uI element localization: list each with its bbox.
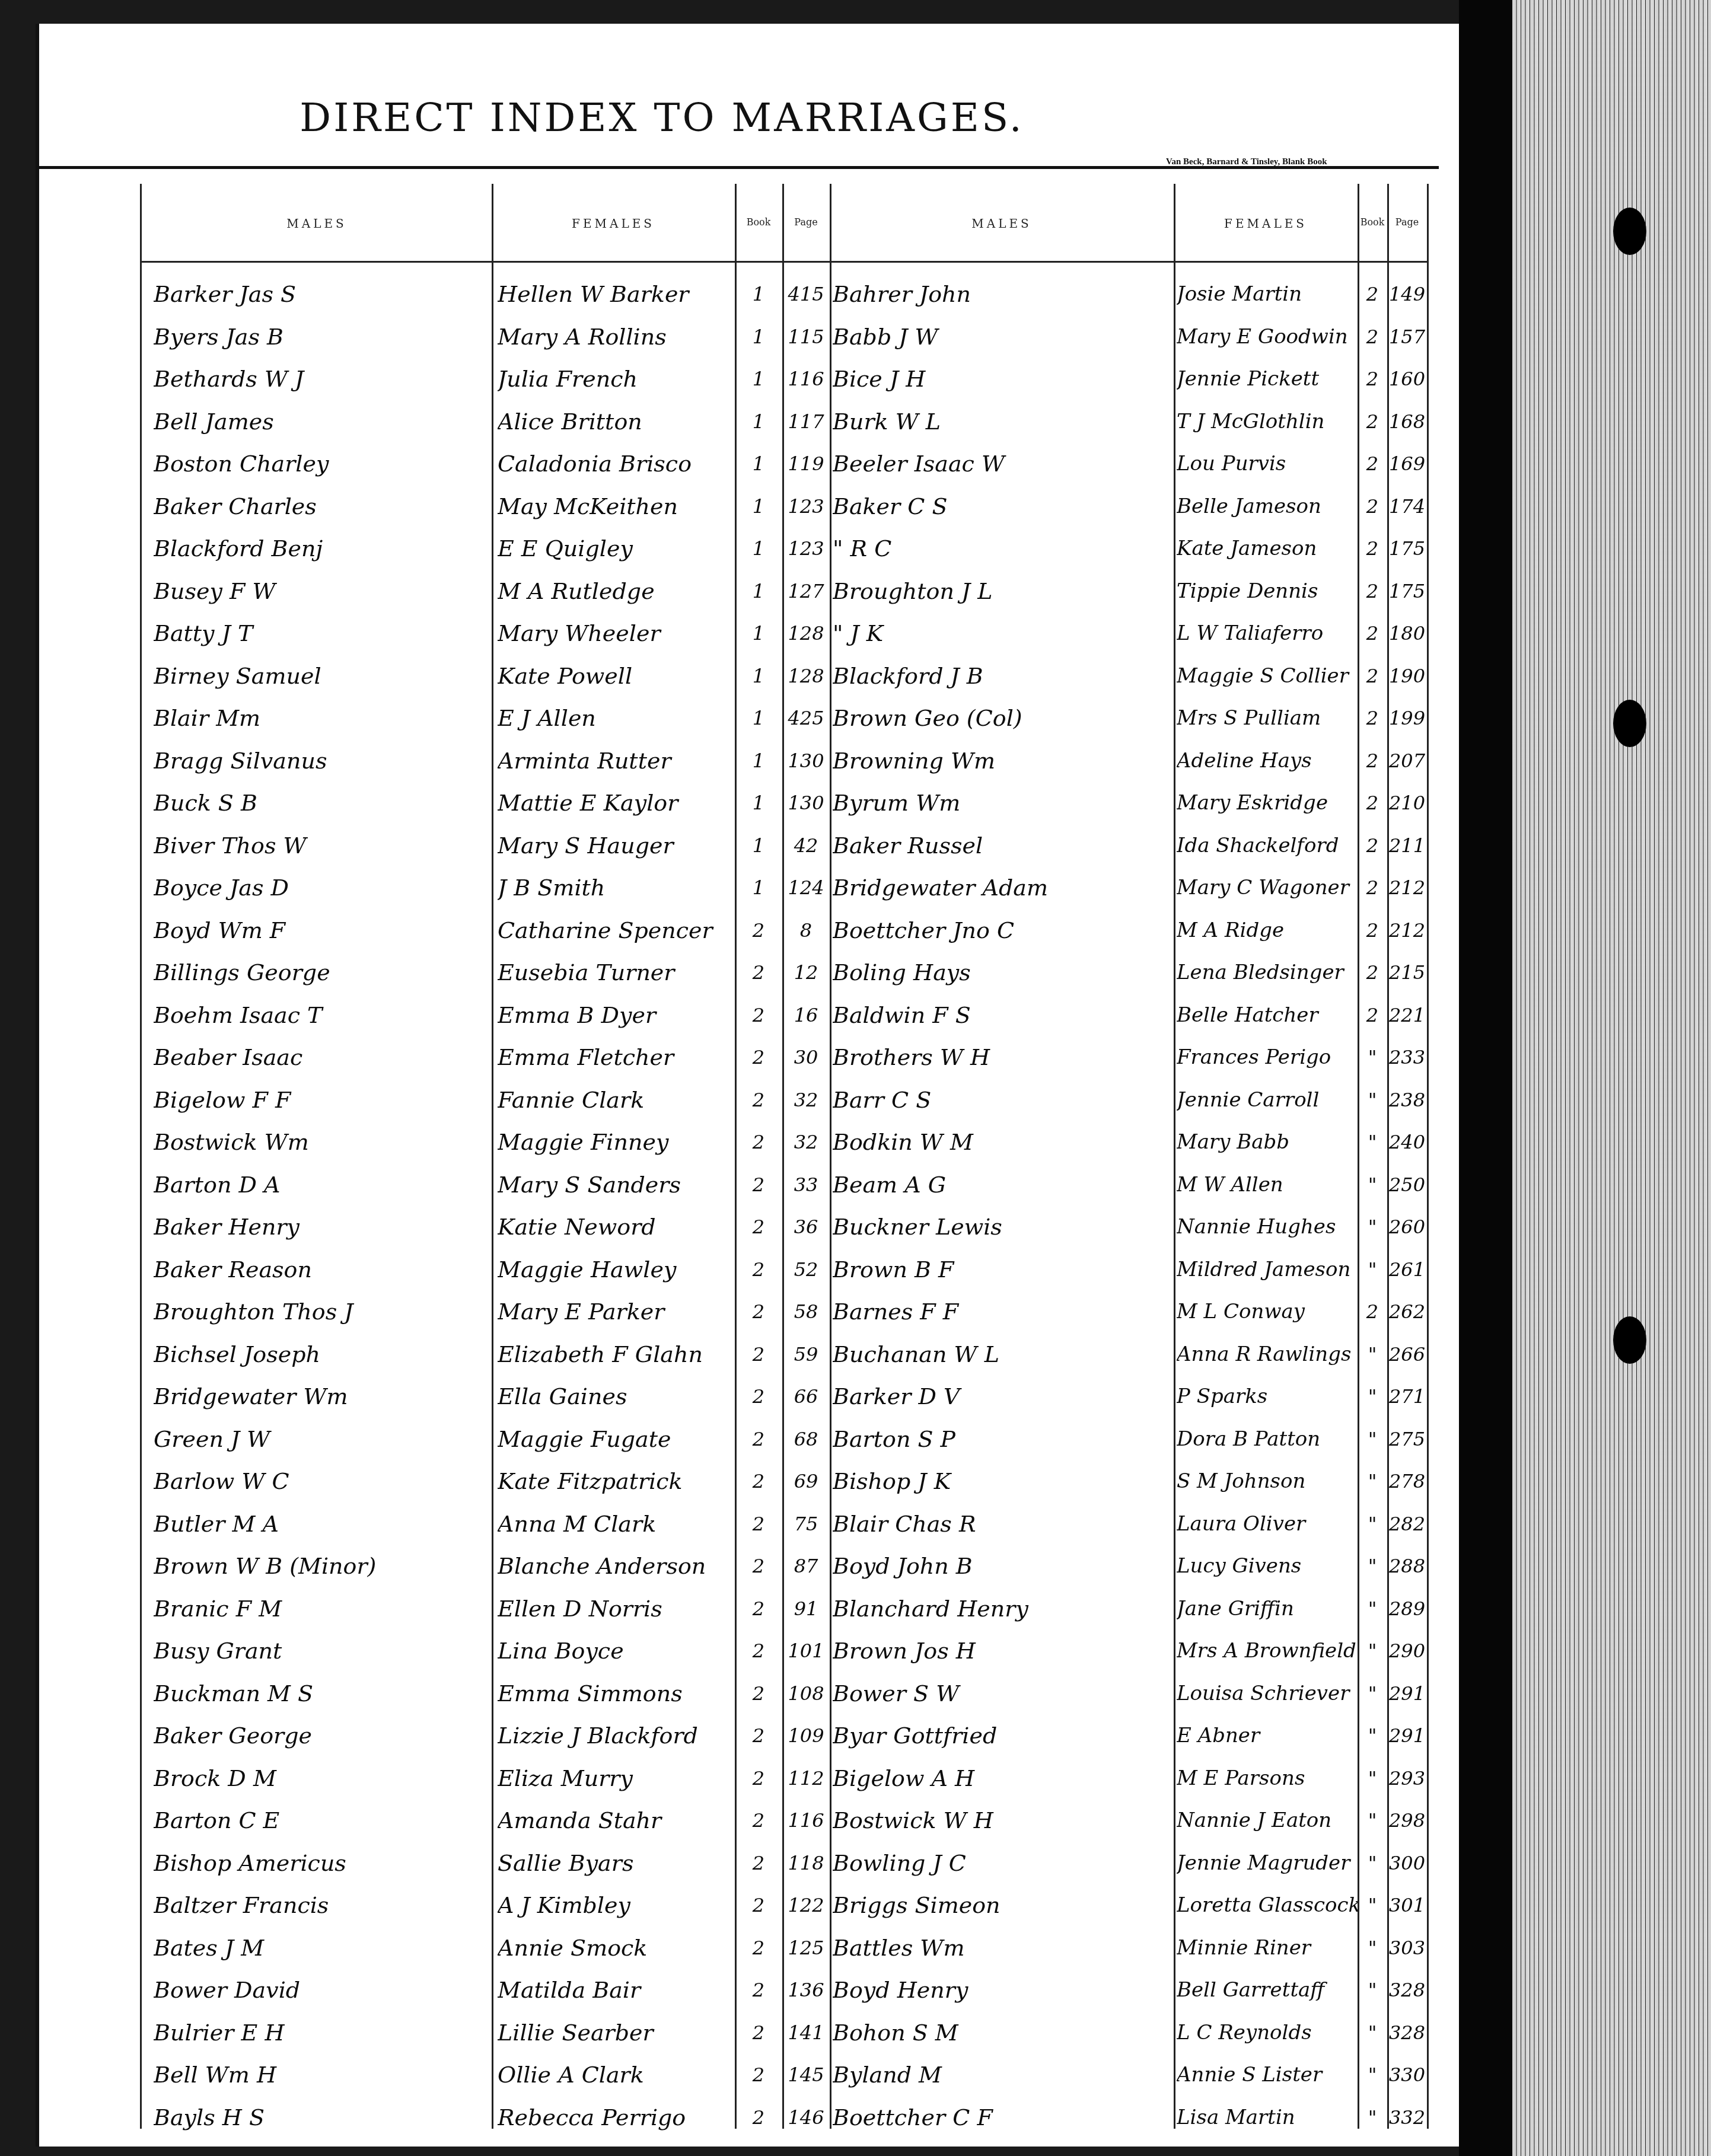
book-number-right: 2 bbox=[1358, 570, 1387, 613]
female-name-right: Mrs S Pulliam bbox=[1177, 697, 1358, 739]
book-number-left: 1 bbox=[735, 866, 782, 909]
male-name-right: Broughton J L bbox=[833, 570, 1174, 613]
male-name-left: Bethards W J bbox=[154, 358, 492, 400]
male-name-right: Briggs Simeon bbox=[833, 1884, 1174, 1927]
page-number-left: 59 bbox=[782, 1333, 830, 1376]
page-number-left: 141 bbox=[782, 2011, 830, 2054]
female-name-left: Fannie Clark bbox=[498, 1079, 732, 1121]
page-number-left: 66 bbox=[782, 1375, 830, 1418]
book-number-right: " bbox=[1358, 1927, 1387, 1969]
female-name-left: Emma Simmons bbox=[498, 1672, 732, 1715]
male-name-right: Brothers W H bbox=[833, 1036, 1174, 1079]
female-name-right: Jennie Pickett bbox=[1177, 358, 1358, 400]
female-name-left: Maggie Finney bbox=[498, 1121, 732, 1163]
book-number-right: 2 bbox=[1358, 315, 1387, 358]
book-number-left: 1 bbox=[735, 739, 782, 782]
table-row: Buckman M SEmma Simmons2108Bower S WLoui… bbox=[142, 1672, 1429, 1715]
male-name-right: Barnes F F bbox=[833, 1290, 1174, 1333]
male-name-left: Barlow W C bbox=[154, 1460, 492, 1503]
female-name-left: Kate Powell bbox=[498, 655, 732, 697]
female-name-right: Mary E Goodwin bbox=[1177, 315, 1358, 358]
male-name-left: Baker Charles bbox=[154, 485, 492, 528]
female-name-right: Belle Hatcher bbox=[1177, 994, 1358, 1036]
female-name-left: Arminta Rutter bbox=[498, 739, 732, 782]
book-number-left: 2 bbox=[735, 2053, 782, 2096]
female-name-right: Bell Garrettaff bbox=[1177, 1969, 1358, 2011]
book-number-right: " bbox=[1358, 1714, 1387, 1757]
page-number-right: 328 bbox=[1387, 2011, 1427, 2054]
page-number-left: 115 bbox=[782, 315, 830, 358]
female-name-left: Ella Gaines bbox=[498, 1375, 732, 1418]
book-number-right: " bbox=[1358, 1629, 1387, 1672]
book-number-right: " bbox=[1358, 1333, 1387, 1376]
female-name-left: Lizzie J Blackford bbox=[498, 1714, 732, 1757]
male-name-left: Batty J T bbox=[154, 612, 492, 655]
female-name-left: Matilda Bair bbox=[498, 1969, 732, 2011]
female-name-right: Anna R Rawlings bbox=[1177, 1333, 1358, 1376]
table-row: Boehm Isaac TEmma B Dyer216Baldwin F SBe… bbox=[142, 994, 1429, 1036]
book-number-left: 2 bbox=[735, 1545, 782, 1587]
book-number-right: " bbox=[1358, 1884, 1387, 1927]
book-number-left: 1 bbox=[735, 485, 782, 528]
male-name-left: Buck S B bbox=[154, 782, 492, 824]
table-row: Boyce Jas DJ B Smith1124Bridgewater Adam… bbox=[142, 866, 1429, 909]
female-name-right: Lucy Givens bbox=[1177, 1545, 1358, 1587]
male-name-right: Brown B F bbox=[833, 1248, 1174, 1291]
book-number-left: 2 bbox=[735, 951, 782, 994]
table-row: Bayls H SRebecca Perrigo2146Boettcher C … bbox=[142, 2096, 1429, 2139]
page-number-right: 303 bbox=[1387, 1927, 1427, 1969]
book-number-right: 2 bbox=[1358, 866, 1387, 909]
table-row: Barker Jas SHellen W Barker1415Bahrer Jo… bbox=[142, 273, 1429, 315]
male-name-left: Boyd Wm F bbox=[154, 909, 492, 952]
female-name-right: M W Allen bbox=[1177, 1163, 1358, 1206]
table-row: Bridgewater WmElla Gaines266Barker D VP … bbox=[142, 1375, 1429, 1418]
page-number-left: 122 bbox=[782, 1884, 830, 1927]
page-number-left: 146 bbox=[782, 2096, 830, 2139]
book-binding-edge bbox=[1459, 0, 1512, 2156]
page-number-right: 330 bbox=[1387, 2053, 1427, 2096]
header-males-right: MALES bbox=[830, 216, 1174, 231]
female-name-left: Julia French bbox=[498, 358, 732, 400]
male-name-left: Busy Grant bbox=[154, 1629, 492, 1672]
page-number-left: 33 bbox=[782, 1163, 830, 1206]
book-number-right: " bbox=[1358, 1672, 1387, 1715]
book-number-left: 1 bbox=[735, 273, 782, 315]
table-row: Baker CharlesMay McKeithen1123Baker C SB… bbox=[142, 485, 1429, 528]
book-number-left: 2 bbox=[735, 1927, 782, 1969]
table-row: Bragg SilvanusArminta Rutter1130Browning… bbox=[142, 739, 1429, 782]
page-number-right: 291 bbox=[1387, 1714, 1427, 1757]
female-name-left: Kate Fitzpatrick bbox=[498, 1460, 732, 1503]
male-name-left: Bulrier E H bbox=[154, 2011, 492, 2054]
book-number-right: 2 bbox=[1358, 782, 1387, 824]
male-name-right: Barker D V bbox=[833, 1375, 1174, 1418]
page-number-left: 16 bbox=[782, 994, 830, 1036]
book-number-left: 2 bbox=[735, 1884, 782, 1927]
ledger-page: DIRECT INDEX TO MARRIAGES. Van Beck, Bar… bbox=[36, 24, 1463, 2147]
book-number-left: 1 bbox=[735, 358, 782, 400]
female-name-right: Jane Griffin bbox=[1177, 1587, 1358, 1630]
male-name-left: Green J W bbox=[154, 1418, 492, 1460]
male-name-left: Busey F W bbox=[154, 570, 492, 613]
female-name-right: Nannie Hughes bbox=[1177, 1205, 1358, 1248]
page-number-right: 174 bbox=[1387, 485, 1427, 528]
male-name-right: Bostwick W H bbox=[833, 1799, 1174, 1842]
book-number-right: " bbox=[1358, 1163, 1387, 1206]
table-row: Byers Jas BMary A Rollins1115Babb J WMar… bbox=[142, 315, 1429, 358]
book-number-left: 2 bbox=[735, 909, 782, 952]
header-males-left: MALES bbox=[142, 216, 492, 231]
female-name-left: Ollie A Clark bbox=[498, 2053, 732, 2096]
male-name-left: Bostwick Wm bbox=[154, 1121, 492, 1163]
female-name-right: Maggie S Collier bbox=[1177, 655, 1358, 697]
book-number-right: 2 bbox=[1358, 400, 1387, 443]
table-row: Batty J TMary Wheeler1128" J KL W Taliaf… bbox=[142, 612, 1429, 655]
male-name-left: Bell Wm H bbox=[154, 2053, 492, 2096]
page-number-right: 168 bbox=[1387, 400, 1427, 443]
book-number-right: 2 bbox=[1358, 442, 1387, 485]
female-name-right: L W Taliaferro bbox=[1177, 612, 1358, 655]
page-number-right: 289 bbox=[1387, 1587, 1427, 1630]
male-name-left: Bishop Americus bbox=[154, 1842, 492, 1884]
page-number-left: 136 bbox=[782, 1969, 830, 2011]
table-row: Busey F WM A Rutledge1127Broughton J LTi… bbox=[142, 570, 1429, 613]
male-name-left: Bichsel Joseph bbox=[154, 1333, 492, 1376]
female-name-left: J B Smith bbox=[498, 866, 732, 909]
male-name-right: Bigelow A H bbox=[833, 1757, 1174, 1800]
book-number-left: 2 bbox=[735, 1460, 782, 1503]
page-number-right: 260 bbox=[1387, 1205, 1427, 1248]
male-name-left: Boehm Isaac T bbox=[154, 994, 492, 1036]
page-number-left: 109 bbox=[782, 1714, 830, 1757]
table-row: Blackford BenjE E Quigley1123" R CKate J… bbox=[142, 527, 1429, 570]
female-name-right: T J McGlothlin bbox=[1177, 400, 1358, 443]
male-name-right: Boyd Henry bbox=[833, 1969, 1174, 2011]
book-number-right: 2 bbox=[1358, 358, 1387, 400]
female-name-right: Nannie J Eaton bbox=[1177, 1799, 1358, 1842]
page-number-left: 112 bbox=[782, 1757, 830, 1800]
table-row: Beaber IsaacEmma Fletcher230Brothers W H… bbox=[142, 1036, 1429, 1079]
book-number-right: " bbox=[1358, 1460, 1387, 1503]
book-number-right: " bbox=[1358, 1248, 1387, 1291]
male-name-right: Blair Chas R bbox=[833, 1503, 1174, 1545]
female-name-right: Ida Shackelford bbox=[1177, 824, 1358, 867]
page-number-right: 199 bbox=[1387, 697, 1427, 739]
book-number-right: " bbox=[1358, 2053, 1387, 2096]
page-number-right: 301 bbox=[1387, 1884, 1427, 1927]
table-row: Bostwick WmMaggie Finney232Bodkin W MMar… bbox=[142, 1121, 1429, 1163]
page-number-left: 30 bbox=[782, 1036, 830, 1079]
table-row: Blair MmE J Allen1425Brown Geo (Col)Mrs … bbox=[142, 697, 1429, 739]
page-number-right: 275 bbox=[1387, 1418, 1427, 1460]
female-name-left: Elizabeth F Glahn bbox=[498, 1333, 732, 1376]
book-number-right: " bbox=[1358, 1969, 1387, 2011]
book-number-right: " bbox=[1358, 1545, 1387, 1587]
page-number-left: 108 bbox=[782, 1672, 830, 1715]
page-number-left: 36 bbox=[782, 1205, 830, 1248]
book-number-right: " bbox=[1358, 1079, 1387, 1121]
female-name-right: Jennie Carroll bbox=[1177, 1079, 1358, 1121]
female-name-left: Rebecca Perrigo bbox=[498, 2096, 732, 2139]
page-number-right: 278 bbox=[1387, 1460, 1427, 1503]
male-name-left: Bower David bbox=[154, 1969, 492, 2011]
book-number-left: 2 bbox=[735, 1248, 782, 1291]
book-number-left: 1 bbox=[735, 527, 782, 570]
table-row: Bichsel JosephElizabeth F Glahn259Buchan… bbox=[142, 1333, 1429, 1376]
marriage-index-table: MALES FEMALES Book Page MALES FEMALES Bo… bbox=[140, 184, 1429, 2129]
header-rule bbox=[39, 166, 1439, 169]
book-number-left: 1 bbox=[735, 612, 782, 655]
book-number-left: 2 bbox=[735, 1969, 782, 2011]
table-row: Green J WMaggie Fugate268Barton S PDora … bbox=[142, 1418, 1429, 1460]
page-number-left: 125 bbox=[782, 1927, 830, 1969]
header-page-left: Page bbox=[782, 216, 830, 228]
male-name-right: Buckner Lewis bbox=[833, 1205, 1174, 1248]
male-name-right: " J K bbox=[833, 612, 1174, 655]
male-name-right: Bodkin W M bbox=[833, 1121, 1174, 1163]
table-row: Bishop AmericusSallie Byars2118Bowling J… bbox=[142, 1842, 1429, 1884]
female-name-right: Minnie Riner bbox=[1177, 1927, 1358, 1969]
male-name-left: Baker George bbox=[154, 1714, 492, 1757]
female-name-right: Mildred Jameson bbox=[1177, 1248, 1358, 1291]
book-number-right: " bbox=[1358, 1418, 1387, 1460]
table-row: Brock D MEliza Murry2112Bigelow A HM E P… bbox=[142, 1757, 1429, 1800]
table-row: Bigelow F FFannie Clark232Barr C SJennie… bbox=[142, 1079, 1429, 1121]
female-name-right: Tippie Dennis bbox=[1177, 570, 1358, 613]
female-name-left: Eliza Murry bbox=[498, 1757, 732, 1800]
page-number-right: 212 bbox=[1387, 909, 1427, 952]
book-number-right: 2 bbox=[1358, 527, 1387, 570]
page-number-right: 300 bbox=[1387, 1842, 1427, 1884]
male-name-right: Battles Wm bbox=[833, 1927, 1174, 1969]
male-name-left: Broughton Thos J bbox=[154, 1290, 492, 1333]
book-number-right: 2 bbox=[1358, 824, 1387, 867]
page-number-left: 42 bbox=[782, 824, 830, 867]
page-number-left: 123 bbox=[782, 485, 830, 528]
page-number-left: 116 bbox=[782, 1799, 830, 1842]
header-page-right: Page bbox=[1387, 216, 1427, 228]
page-title: DIRECT INDEX TO MARRIAGES. bbox=[39, 95, 1285, 141]
book-number-right: " bbox=[1358, 2011, 1387, 2054]
page-number-right: 160 bbox=[1387, 358, 1427, 400]
male-name-left: Bell James bbox=[154, 400, 492, 443]
book-number-left: 2 bbox=[735, 1163, 782, 1206]
female-name-left: Eusebia Turner bbox=[498, 951, 732, 994]
binding-hole bbox=[1613, 700, 1646, 747]
female-name-right: Annie S Lister bbox=[1177, 2053, 1358, 2096]
book-number-left: 2 bbox=[735, 1629, 782, 1672]
female-name-right: M E Parsons bbox=[1177, 1757, 1358, 1800]
book-number-right: 2 bbox=[1358, 994, 1387, 1036]
female-name-left: Hellen W Barker bbox=[498, 273, 732, 315]
female-name-left: Emma Fletcher bbox=[498, 1036, 732, 1079]
page-number-right: 250 bbox=[1387, 1163, 1427, 1206]
male-name-left: Blair Mm bbox=[154, 697, 492, 739]
header-book-left: Book bbox=[735, 216, 782, 228]
page-number-left: 117 bbox=[782, 400, 830, 443]
table-row: Bower DavidMatilda Bair2136Boyd HenryBel… bbox=[142, 1969, 1429, 2011]
female-name-right: Belle Jameson bbox=[1177, 485, 1358, 528]
page-number-left: 128 bbox=[782, 612, 830, 655]
page-number-left: 130 bbox=[782, 739, 830, 782]
table-row: Bell Wm HOllie A Clark2145Byland MAnnie … bbox=[142, 2053, 1429, 2096]
female-name-left: Mary S Sanders bbox=[498, 1163, 732, 1206]
table-row: Baker ReasonMaggie Hawley252Brown B FMil… bbox=[142, 1248, 1429, 1291]
book-number-left: 1 bbox=[735, 697, 782, 739]
male-name-left: Biver Thos W bbox=[154, 824, 492, 867]
page-number-right: 293 bbox=[1387, 1757, 1427, 1800]
female-name-right: Mrs A Brownfield bbox=[1177, 1629, 1358, 1672]
female-name-right: Mary C Wagoner bbox=[1177, 866, 1358, 909]
female-name-left: Sallie Byars bbox=[498, 1842, 732, 1884]
male-name-left: Barker Jas S bbox=[154, 273, 492, 315]
male-name-right: Byrum Wm bbox=[833, 782, 1174, 824]
binding-cloth bbox=[1512, 0, 1711, 2156]
female-name-right: M A Ridge bbox=[1177, 909, 1358, 952]
page-number-right: 332 bbox=[1387, 2096, 1427, 2139]
book-number-left: 1 bbox=[735, 570, 782, 613]
table-row: Baker HenryKatie Neword236Buckner LewisN… bbox=[142, 1205, 1429, 1248]
male-name-left: Birney Samuel bbox=[154, 655, 492, 697]
male-name-right: Baker Russel bbox=[833, 824, 1174, 867]
page-number-right: 207 bbox=[1387, 739, 1427, 782]
table-row: Barlow W CKate Fitzpatrick269Bishop J KS… bbox=[142, 1460, 1429, 1503]
book-number-left: 2 bbox=[735, 1121, 782, 1163]
book-number-right: " bbox=[1358, 1842, 1387, 1884]
page-number-left: 8 bbox=[782, 909, 830, 952]
female-name-left: Anna M Clark bbox=[498, 1503, 732, 1545]
book-number-right: " bbox=[1358, 1799, 1387, 1842]
book-number-left: 2 bbox=[735, 1587, 782, 1630]
female-name-left: Catharine Spencer bbox=[498, 909, 732, 952]
book-number-left: 2 bbox=[735, 1290, 782, 1333]
book-number-left: 2 bbox=[735, 1375, 782, 1418]
female-name-right: Loretta Glasscock bbox=[1177, 1884, 1358, 1927]
book-number-left: 1 bbox=[735, 400, 782, 443]
page-number-left: 145 bbox=[782, 2053, 830, 2096]
female-name-right: Laura Oliver bbox=[1177, 1503, 1358, 1545]
female-name-left: Mary E Parker bbox=[498, 1290, 732, 1333]
male-name-right: Boettcher C F bbox=[833, 2096, 1174, 2139]
female-name-right: P Sparks bbox=[1177, 1375, 1358, 1418]
table-row: Busy GrantLina Boyce2101Brown Jos HMrs A… bbox=[142, 1629, 1429, 1672]
male-name-right: Babb J W bbox=[833, 315, 1174, 358]
page-number-right: 233 bbox=[1387, 1036, 1427, 1079]
male-name-right: Beam A G bbox=[833, 1163, 1174, 1206]
female-name-left: Maggie Fugate bbox=[498, 1418, 732, 1460]
male-name-left: Billings George bbox=[154, 951, 492, 994]
book-number-right: 2 bbox=[1358, 739, 1387, 782]
page-number-left: 425 bbox=[782, 697, 830, 739]
page-number-right: 291 bbox=[1387, 1672, 1427, 1715]
female-name-right: Lou Purvis bbox=[1177, 442, 1358, 485]
page-number-right: 169 bbox=[1387, 442, 1427, 485]
book-number-left: 2 bbox=[735, 1205, 782, 1248]
page-number-left: 124 bbox=[782, 866, 830, 909]
header-females-right: FEMALES bbox=[1174, 216, 1358, 231]
table-row: Barton C EAmanda Stahr2116Bostwick W HNa… bbox=[142, 1799, 1429, 1842]
book-number-left: 2 bbox=[735, 1799, 782, 1842]
page-number-right: 290 bbox=[1387, 1629, 1427, 1672]
page-number-left: 12 bbox=[782, 951, 830, 994]
page-number-left: 87 bbox=[782, 1545, 830, 1587]
male-name-right: Bahrer John bbox=[833, 273, 1174, 315]
female-name-right: S M Johnson bbox=[1177, 1460, 1358, 1503]
female-name-left: Mary S Hauger bbox=[498, 824, 732, 867]
page-number-right: 190 bbox=[1387, 655, 1427, 697]
page-number-right: 175 bbox=[1387, 570, 1427, 613]
table-row: Bethards W JJulia French1116Bice J HJenn… bbox=[142, 358, 1429, 400]
page-number-right: 328 bbox=[1387, 1969, 1427, 2011]
male-name-right: Boettcher Jno C bbox=[833, 909, 1174, 952]
male-name-left: Branic F M bbox=[154, 1587, 492, 1630]
book-number-right: " bbox=[1358, 1205, 1387, 1248]
page-number-left: 127 bbox=[782, 570, 830, 613]
book-number-left: 1 bbox=[735, 782, 782, 824]
page-number-right: 211 bbox=[1387, 824, 1427, 867]
female-name-left: E E Quigley bbox=[498, 527, 732, 570]
male-name-left: Brown W B (Minor) bbox=[154, 1545, 492, 1587]
page-number-left: 58 bbox=[782, 1290, 830, 1333]
page-number-left: 123 bbox=[782, 527, 830, 570]
book-number-right: " bbox=[1358, 1121, 1387, 1163]
book-number-left: 1 bbox=[735, 315, 782, 358]
page-number-left: 130 bbox=[782, 782, 830, 824]
male-name-right: Buchanan W L bbox=[833, 1333, 1174, 1376]
female-name-left: May McKeithen bbox=[498, 485, 732, 528]
table-row: Biver Thos WMary S Hauger142Baker Russel… bbox=[142, 824, 1429, 867]
page-number-right: 262 bbox=[1387, 1290, 1427, 1333]
male-name-left: Bigelow F F bbox=[154, 1079, 492, 1121]
page-number-right: 221 bbox=[1387, 994, 1427, 1036]
male-name-right: Bice J H bbox=[833, 358, 1174, 400]
female-name-right: Lisa Martin bbox=[1177, 2096, 1358, 2139]
male-name-left: Baker Henry bbox=[154, 1205, 492, 1248]
table-row: Bates J MAnnie Smock2125Battles WmMinnie… bbox=[142, 1927, 1429, 1969]
page-number-left: 118 bbox=[782, 1842, 830, 1884]
male-name-right: Blackford J B bbox=[833, 655, 1174, 697]
female-name-left: Mary A Rollins bbox=[498, 315, 732, 358]
female-name-right: Jennie Magruder bbox=[1177, 1842, 1358, 1884]
female-name-left: Emma B Dyer bbox=[498, 994, 732, 1036]
book-number-left: 2 bbox=[735, 1842, 782, 1884]
table-row: Barton D AMary S Sanders233Beam A GM W A… bbox=[142, 1163, 1429, 1206]
page-number-left: 116 bbox=[782, 358, 830, 400]
male-name-right: Boyd John B bbox=[833, 1545, 1174, 1587]
male-name-left: Butler M A bbox=[154, 1503, 492, 1545]
male-name-left: Brock D M bbox=[154, 1757, 492, 1800]
table-row: Baltzer FrancisA J Kimbley2122Briggs Sim… bbox=[142, 1884, 1429, 1927]
male-name-left: Beaber Isaac bbox=[154, 1036, 492, 1079]
page-number-left: 119 bbox=[782, 442, 830, 485]
table-row: Birney SamuelKate Powell1128Blackford J … bbox=[142, 655, 1429, 697]
page-number-left: 101 bbox=[782, 1629, 830, 1672]
male-name-right: Barton S P bbox=[833, 1418, 1174, 1460]
book-number-right: " bbox=[1358, 2096, 1387, 2139]
female-name-right: L C Reynolds bbox=[1177, 2011, 1358, 2054]
male-name-left: Blackford Benj bbox=[154, 527, 492, 570]
male-name-left: Baker Reason bbox=[154, 1248, 492, 1291]
book-number-left: 1 bbox=[735, 655, 782, 697]
male-name-left: Barton D A bbox=[154, 1163, 492, 1206]
book-number-left: 2 bbox=[735, 994, 782, 1036]
table-row: Billings GeorgeEusebia Turner212Boling H… bbox=[142, 951, 1429, 994]
male-name-right: Barr C S bbox=[833, 1079, 1174, 1121]
female-name-right: Kate Jameson bbox=[1177, 527, 1358, 570]
male-name-right: Blanchard Henry bbox=[833, 1587, 1174, 1630]
female-name-left: E J Allen bbox=[498, 697, 732, 739]
